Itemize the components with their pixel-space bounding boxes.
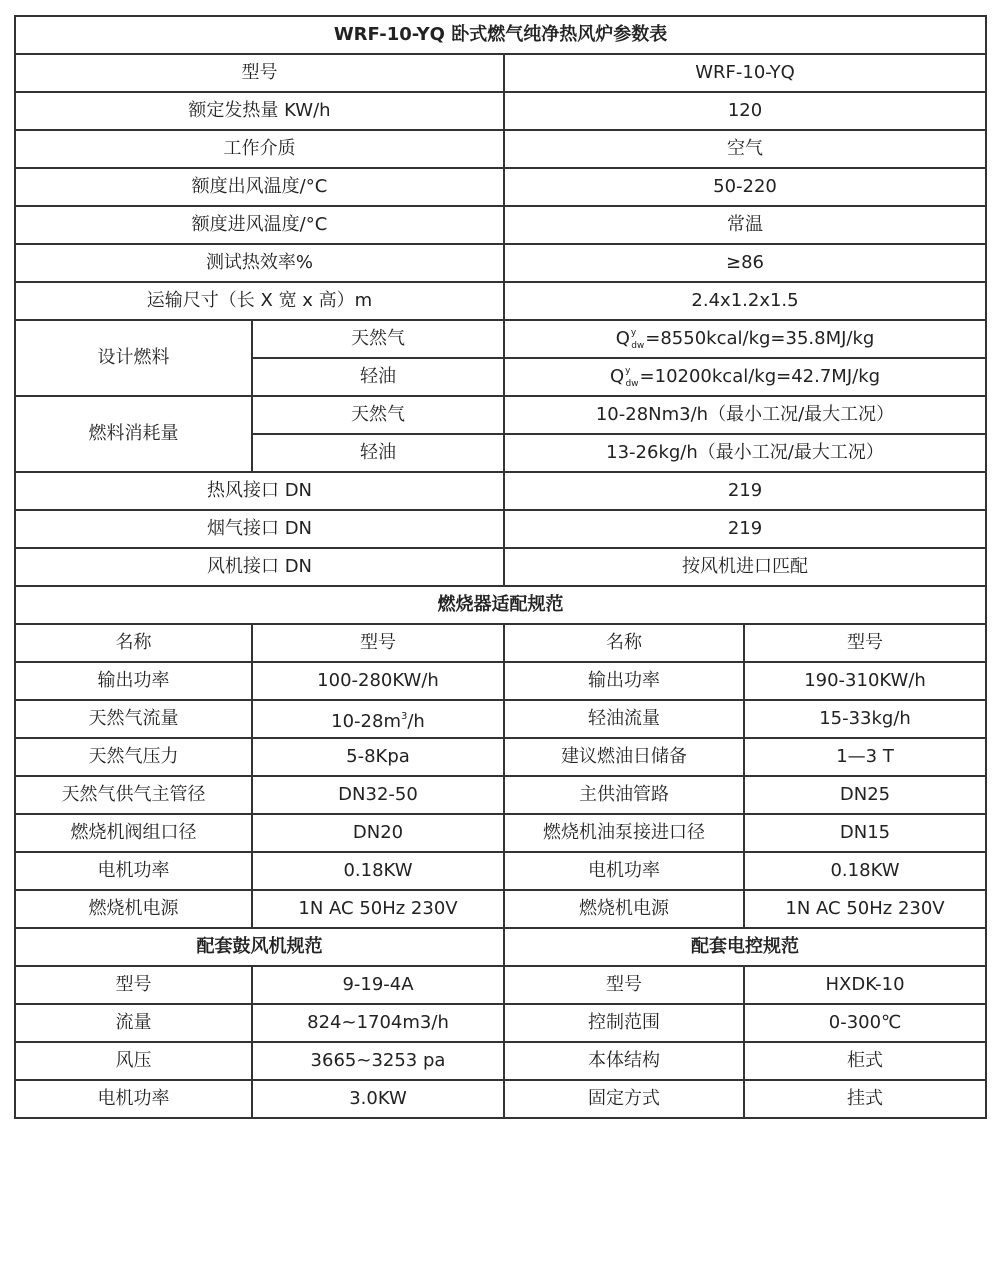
cell: 轻油流量 <box>504 700 744 738</box>
param-value: ≥86 <box>504 244 986 282</box>
param-label: 额度进风温度/°C <box>15 206 504 244</box>
param-value: 120 <box>504 92 986 130</box>
column-header: 型号 <box>252 624 504 662</box>
cell: 3665~3253 pa <box>252 1042 504 1080</box>
cell: 15-33kg/h <box>744 700 986 738</box>
header-row: 名称 型号 名称 型号 <box>15 624 986 662</box>
cell: 建议燃油日储备 <box>504 738 744 776</box>
param-label: 工作介质 <box>15 130 504 168</box>
cell: 3.0KW <box>252 1080 504 1118</box>
fan-section-title: 配套鼓风机规范 <box>15 928 504 966</box>
table-row: 设计燃料 天然气 Qydw=8550kcal/kg=35.8MJ/kg <box>15 320 986 358</box>
table-row: 输出功率 100-280KW/h 输出功率 190-310KW/h <box>15 662 986 700</box>
cell: 燃烧机阀组口径 <box>15 814 252 852</box>
q-subscript: dw <box>625 379 638 389</box>
cell: 流量 <box>15 1004 252 1042</box>
fuel-type: 轻油 <box>252 434 504 472</box>
param-label: 热风接口 DN <box>15 472 504 510</box>
cell: 0-300℃ <box>744 1004 986 1042</box>
table-row: 天然气压力 5-8Kpa 建议燃油日储备 1—3 T <box>15 738 986 776</box>
table-row: 额度进风温度/°C 常温 <box>15 206 986 244</box>
table-row: 天然气流量 10-28m3/h 轻油流量 15-33kg/h <box>15 700 986 738</box>
cell: 输出功率 <box>15 662 252 700</box>
cell: DN32-50 <box>252 776 504 814</box>
column-header: 名称 <box>504 624 744 662</box>
gas-flow-value: 10-28m <box>331 711 401 732</box>
table-row: 额定发热量 KW/h 120 <box>15 92 986 130</box>
cell: DN20 <box>252 814 504 852</box>
table-row: 工作介质 空气 <box>15 130 986 168</box>
q-subscript: dw <box>631 341 644 351</box>
param-value: 50-220 <box>504 168 986 206</box>
table-title: WRF-10-YQ 卧式燃气纯净热风炉参数表 <box>15 16 986 54</box>
param-label: 测试热效率% <box>15 244 504 282</box>
table-row: 运输尺寸（长 X 宽 x 高）m 2.4x1.2x1.5 <box>15 282 986 320</box>
cell: 10-28m3/h <box>252 700 504 738</box>
cell: 燃烧机电源 <box>15 890 252 928</box>
cell: 0.18KW <box>252 852 504 890</box>
cell: 柜式 <box>744 1042 986 1080</box>
param-label: 烟气接口 DN <box>15 510 504 548</box>
cell: 0.18KW <box>744 852 986 890</box>
table-row: 天然气供气主管径 DN32-50 主供油管路 DN25 <box>15 776 986 814</box>
fuel-heat-value: Qydw=10200kcal/kg=42.7MJ/kg <box>504 358 986 396</box>
cell: 5-8Kpa <box>252 738 504 776</box>
fuel-type: 轻油 <box>252 358 504 396</box>
section-row: 燃烧器适配规范 <box>15 586 986 624</box>
param-value: 空气 <box>504 130 986 168</box>
cell: 型号 <box>15 966 252 1004</box>
table-row: 燃料消耗量 天然气 10-28Nm3/h（最小工况/最大工况） <box>15 396 986 434</box>
table-row: 风机接口 DN 按风机进口匹配 <box>15 548 986 586</box>
consumption-value: 10-28Nm3/h（最小工况/最大工况） <box>504 396 986 434</box>
param-label: 型号 <box>15 54 504 92</box>
param-value: 219 <box>504 472 986 510</box>
section-row: 配套鼓风机规范 配套电控规范 <box>15 928 986 966</box>
cell: 电机功率 <box>15 852 252 890</box>
cell: HXDK-10 <box>744 966 986 1004</box>
consumption-value: 13-26kg/h（最小工况/最大工况） <box>504 434 986 472</box>
cell: 1—3 T <box>744 738 986 776</box>
cell: 1N AC 50Hz 230V <box>252 890 504 928</box>
cell: 控制范围 <box>504 1004 744 1042</box>
cell: 天然气压力 <box>15 738 252 776</box>
cell: DN25 <box>744 776 986 814</box>
q-symbol: Q <box>616 328 630 349</box>
cell: 824~1704m3/h <box>252 1004 504 1042</box>
fuel-type: 天然气 <box>252 396 504 434</box>
table-row: 电机功率 3.0KW 固定方式 挂式 <box>15 1080 986 1118</box>
column-header: 型号 <box>744 624 986 662</box>
cell: 190-310KW/h <box>744 662 986 700</box>
heat-value-text: =8550kcal/kg=35.8MJ/kg <box>645 328 874 349</box>
column-header: 名称 <box>15 624 252 662</box>
cell: 9-19-4A <box>252 966 504 1004</box>
cell: 天然气流量 <box>15 700 252 738</box>
parameter-table: WRF-10-YQ 卧式燃气纯净热风炉参数表 型号 WRF-10-YQ 额定发热… <box>14 15 987 1119</box>
cell: 固定方式 <box>504 1080 744 1118</box>
cell: 燃烧机油泵接进口径 <box>504 814 744 852</box>
q-superscript: y <box>625 366 630 376</box>
table-row: 风压 3665~3253 pa 本体结构 柜式 <box>15 1042 986 1080</box>
table-row: 燃烧机电源 1N AC 50Hz 230V 燃烧机电源 1N AC 50Hz 2… <box>15 890 986 928</box>
cell: 主供油管路 <box>504 776 744 814</box>
param-label: 额定发热量 KW/h <box>15 92 504 130</box>
param-value: 常温 <box>504 206 986 244</box>
control-section-title: 配套电控规范 <box>504 928 986 966</box>
param-label: 风机接口 DN <box>15 548 504 586</box>
param-value: 219 <box>504 510 986 548</box>
cell: DN15 <box>744 814 986 852</box>
param-value: 按风机进口匹配 <box>504 548 986 586</box>
title-row: WRF-10-YQ 卧式燃气纯净热风炉参数表 <box>15 16 986 54</box>
param-value: 2.4x1.2x1.5 <box>504 282 986 320</box>
design-fuel-label: 设计燃料 <box>15 320 252 396</box>
table-row: 型号 WRF-10-YQ <box>15 54 986 92</box>
q-superscript: y <box>631 328 636 338</box>
fuel-consumption-label: 燃料消耗量 <box>15 396 252 472</box>
table-row: 型号 9-19-4A 型号 HXDK-10 <box>15 966 986 1004</box>
cell: 天然气供气主管径 <box>15 776 252 814</box>
cell: 输出功率 <box>504 662 744 700</box>
cell: 型号 <box>504 966 744 1004</box>
heat-value-text: =10200kcal/kg=42.7MJ/kg <box>640 366 881 387</box>
param-value: WRF-10-YQ <box>504 54 986 92</box>
gas-flow-unit: /h <box>407 711 424 732</box>
table-row: 电机功率 0.18KW 电机功率 0.18KW <box>15 852 986 890</box>
cell: 电机功率 <box>15 1080 252 1118</box>
cell: 100-280KW/h <box>252 662 504 700</box>
cell: 本体结构 <box>504 1042 744 1080</box>
cell: 电机功率 <box>504 852 744 890</box>
burner-section-title: 燃烧器适配规范 <box>15 586 986 624</box>
table-row: 热风接口 DN 219 <box>15 472 986 510</box>
fuel-type: 天然气 <box>252 320 504 358</box>
table-row: 流量 824~1704m3/h 控制范围 0-300℃ <box>15 1004 986 1042</box>
cell: 挂式 <box>744 1080 986 1118</box>
q-symbol: Q <box>610 366 624 387</box>
fuel-heat-value: Qydw=8550kcal/kg=35.8MJ/kg <box>504 320 986 358</box>
table-row: 测试热效率% ≥86 <box>15 244 986 282</box>
cell: 风压 <box>15 1042 252 1080</box>
param-label: 运输尺寸（长 X 宽 x 高）m <box>15 282 504 320</box>
cell: 燃烧机电源 <box>504 890 744 928</box>
table-row: 燃烧机阀组口径 DN20 燃烧机油泵接进口径 DN15 <box>15 814 986 852</box>
table-row: 额度出风温度/°C 50-220 <box>15 168 986 206</box>
cell: 1N AC 50Hz 230V <box>744 890 986 928</box>
table-row: 烟气接口 DN 219 <box>15 510 986 548</box>
param-label: 额度出风温度/°C <box>15 168 504 206</box>
